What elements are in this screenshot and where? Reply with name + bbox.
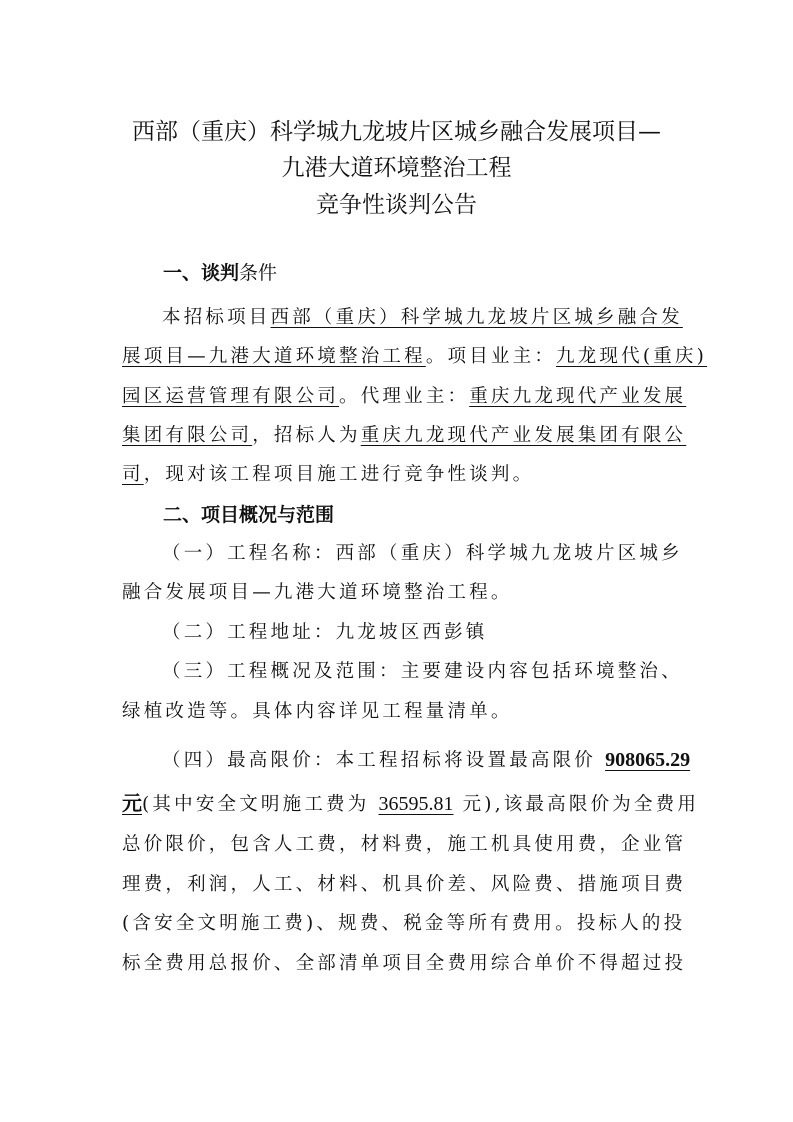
title-line-3: 竞争性谈判公告 (0, 186, 793, 219)
text: 元),该最高限价为全费用 (454, 794, 700, 815)
para1-line3: 园区运营管理有限公司。代理业主：重庆九龙现代产业发展 (122, 382, 674, 408)
project-name-underlined: 西部（重庆）科学城九龙坡片区城乡融合发 (271, 307, 683, 328)
para1-line1: 本招标项目西部（重庆）科学城九龙坡片区城乡融合发 (162, 303, 674, 329)
para1-line5: 司，现对该工程项目施工进行竞争性谈判。 (122, 460, 674, 486)
item4-line5: (含安全文明施工费)、规费、税金等所有费用。投标人的投 (122, 909, 674, 935)
title-line-1: 西部（重庆）科学城九龙坡片区城乡融合发展项目— (0, 113, 793, 146)
agent-underlined: 集团有限公司 (122, 425, 252, 446)
text: （四）最高限价：本工程招标将设置最高限价 (162, 750, 605, 771)
text: ，招标人为 (252, 425, 361, 446)
item1-line1: （一）工程名称：西部（重庆）科学城九龙坡片区城乡 (162, 539, 674, 565)
text: 本招标项目 (162, 307, 271, 328)
heading-prefix: 一、 (163, 262, 201, 284)
para1-line4: 集团有限公司，招标人为重庆九龙现代产业发展集团有限公 (122, 421, 674, 447)
item4-line3: 总价限价，包含人工费，材料费，施工机具使用费，企业管 (122, 830, 674, 856)
item1-line2: 融合发展项目—九港大道环境整治工程。 (122, 578, 674, 604)
title-line-2: 九港大道环境整治工程 (0, 149, 793, 182)
max-price-unit: 元 (122, 793, 142, 815)
project-name-underlined: 展项目—九港大道环境整治工程 (122, 346, 426, 367)
item4-line2: 元(其中安全文明施工费为 36595.81 元),该最高限价为全费用 (122, 787, 674, 816)
tenderer-underlined: 司 (122, 464, 144, 485)
text: ，现对该工程项目施工进行竞争性谈判。 (144, 464, 535, 485)
text: (其中安全文明施工费为 (142, 794, 379, 815)
owner-underlined: 九龙现代(重庆) (556, 346, 707, 367)
max-price-value: 908065.29 (605, 749, 690, 771)
item4-line4: 理费，利润，人工、材料、机具价差、风险费、措施项目费 (122, 870, 674, 896)
para1-line2: 展项目—九港大道环境整治工程。项目业主：九龙现代(重庆) (122, 342, 674, 368)
item4-line1: （四）最高限价：本工程招标将设置最高限价 908065.29 (162, 746, 674, 772)
item4-line6: 标全费用总报价、全部清单项目全费用综合单价不得超过投 (122, 949, 674, 975)
item2-line1: （二）工程地址：九龙坡区西彭镇 (162, 618, 674, 644)
heading-bold: 谈判 (201, 262, 239, 284)
tenderer-underlined: 重庆九龙现代产业发展集团有限公 (361, 425, 687, 446)
heading-rest: 条件 (239, 262, 277, 284)
agent-underlined: 重庆九龙现代产业发展 (469, 386, 686, 407)
owner-underlined: 园区运营管理有限公司 (122, 386, 339, 407)
section-2-heading: 二、项目概况与范围 (163, 500, 334, 527)
text: 。项目业主： (426, 346, 556, 367)
document-page: 西部（重庆）科学城九龙坡片区城乡融合发展项目— 九港大道环境整治工程 竞争性谈判… (0, 0, 793, 1122)
section-1-heading: 一、谈判条件 (163, 258, 277, 285)
heading-text: 二、项目概况与范围 (163, 504, 334, 526)
text: 。代理业主： (339, 386, 469, 407)
safety-fee-value: 36595.81 (379, 793, 454, 815)
item3-line1: （三）工程概况及范围：主要建设内容包括环境整治、 (162, 657, 674, 683)
item3-line2: 绿植改造等。具体内容详见工程量清单。 (122, 697, 674, 723)
